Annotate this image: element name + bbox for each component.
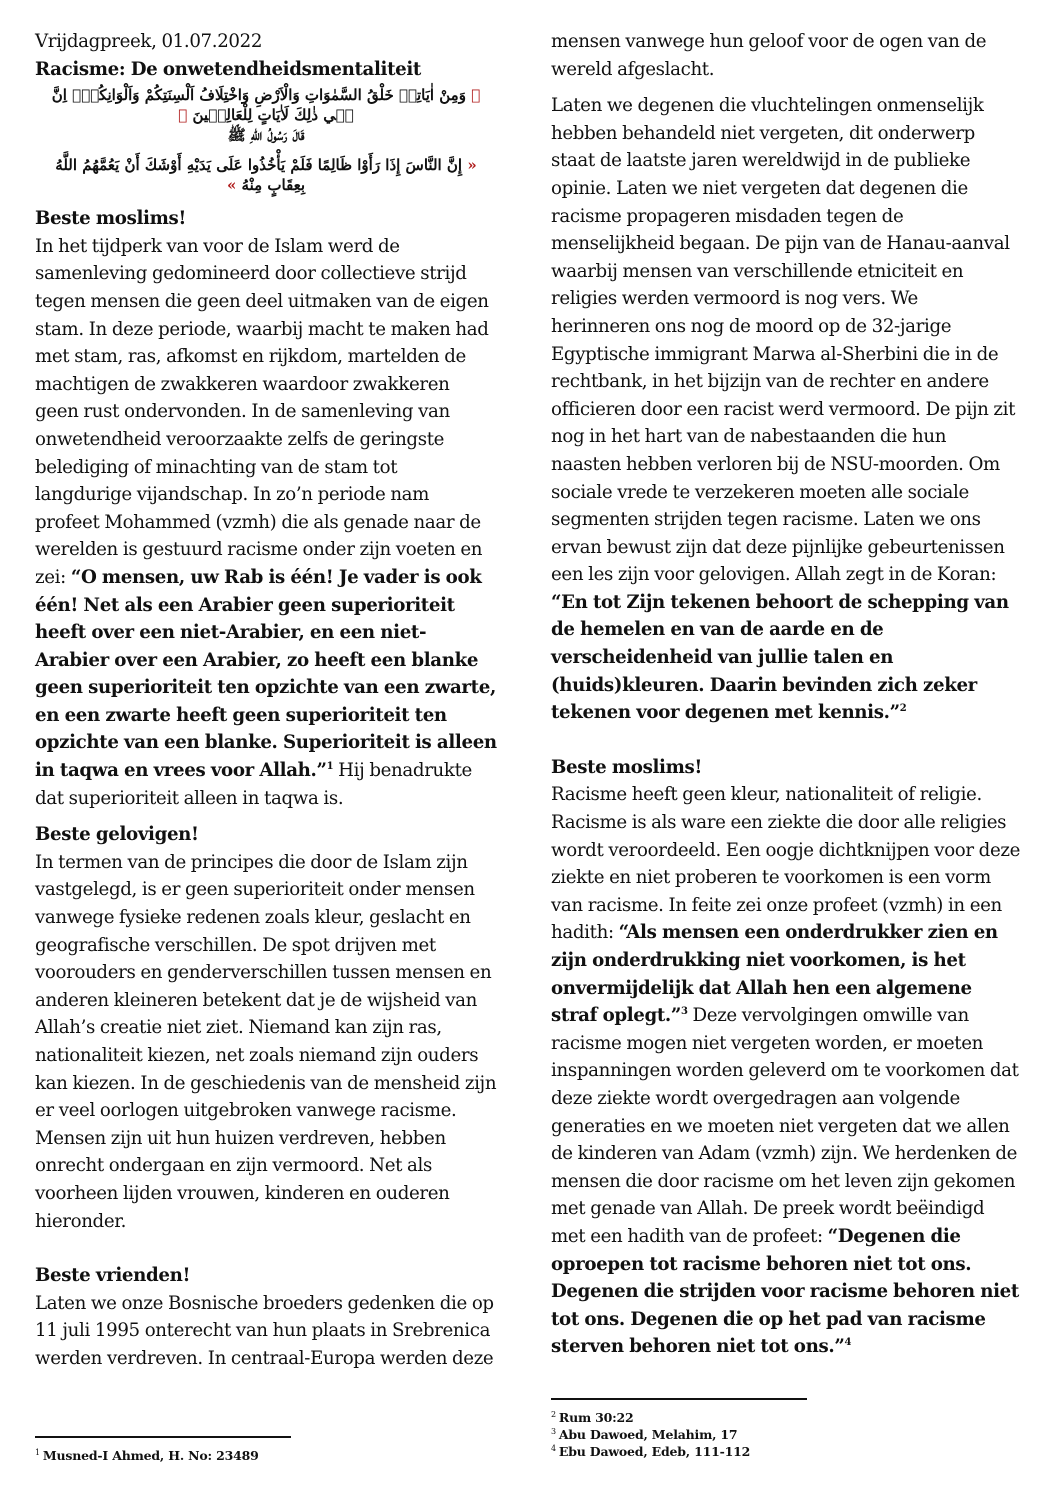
section-heading: Beste gelovigen! <box>35 821 497 849</box>
hadith-open-quote: « <box>467 156 476 174</box>
paragraph-text: Laten we degenen die vluchtelingen onmen… <box>551 95 1015 585</box>
hadith-text: إِنَّ النَّاسَ إِذَا رَأَوْا ظَالِمًا فَ… <box>55 156 462 194</box>
verse-open-bracket: ﴿ <box>471 86 480 104</box>
right-column: mensen vanwege hun geloof voor de ogen v… <box>551 28 1021 1361</box>
footnote: 3Abu Dawoed, Melahim, 17 <box>551 1426 750 1443</box>
paragraph: In het tijdperk van voor de Islam werd d… <box>35 233 497 812</box>
section-heading: Beste moslims! <box>35 205 497 233</box>
paragraph-text: Deze vervolgingen omwille van racisme mo… <box>551 1005 1019 1247</box>
footnote-divider <box>35 1436 291 1438</box>
verse-text: وَمِنْ اٰيَاتِه۪ خَلْقُ السَّمٰوَاتِ وَا… <box>52 86 466 124</box>
footnotes-left: 1Musned-I Ahmed, H. No: 23489 <box>35 1447 259 1464</box>
section-heading: Beste moslims! <box>551 754 1021 782</box>
paragraph: Laten we degenen die vluchtelingen onmen… <box>551 92 1021 727</box>
paragraph: Racisme heeft geen kleur, nationaliteit … <box>551 781 1021 1360</box>
footnote-ref[interactable]: 4 <box>844 1337 851 1348</box>
footnote: 1Musned-I Ahmed, H. No: 23489 <box>35 1447 259 1464</box>
paragraph: In termen van de principes die door de I… <box>35 849 497 1235</box>
arabic-hadith: « إِنَّ النَّاسَ إِذَا رَأَوْا ظَالِمًا … <box>35 155 497 195</box>
paragraph-text: Racisme heeft geen kleur, nationaliteit … <box>551 784 1020 943</box>
left-column: Vrijdagpreek, 01.07.2022 Racisme: De onw… <box>35 28 497 1373</box>
footnote: 2Rum 30:22 <box>551 1409 750 1426</box>
paragraph: Laten we onze Bosnische broeders gedenke… <box>35 1290 497 1373</box>
quran-quote: “En tot Zijn tekenen behoort de scheppin… <box>551 592 1009 723</box>
paragraph-text: In het tijdperk van voor de Islam werd d… <box>35 236 489 588</box>
footnote-divider <box>551 1398 807 1400</box>
footnote: 4Ebu Dawoed, Edeb, 111-112 <box>551 1443 750 1460</box>
hadith-intro: قَالَ رَسُولُ اللّٰهِ ﷺ <box>35 125 497 145</box>
footnote-ref[interactable]: 3 <box>681 1006 688 1017</box>
prophet-quote: “O mensen, uw Rab is één! Je vader is oo… <box>35 567 497 781</box>
verse-close-bracket: ﴾ <box>178 106 187 124</box>
section-heading: Beste vrienden! <box>35 1262 497 1290</box>
footnotes-right: 2Rum 30:22 3Abu Dawoed, Melahim, 17 4Ebu… <box>551 1409 750 1460</box>
paragraph: mensen vanwege hun geloof voor de ogen v… <box>551 28 1021 83</box>
hadith-close-quote: » <box>227 176 236 194</box>
date-line: Vrijdagpreek, 01.07.2022 <box>35 28 497 56</box>
quran-verse: ﴿ وَمِنْ اٰيَاتِه۪ خَلْقُ السَّمٰوَاتِ و… <box>35 85 497 125</box>
footnote-ref[interactable]: 2 <box>900 703 907 714</box>
page-title: Racisme: De onwetendheidsmentaliteit <box>35 56 497 84</box>
